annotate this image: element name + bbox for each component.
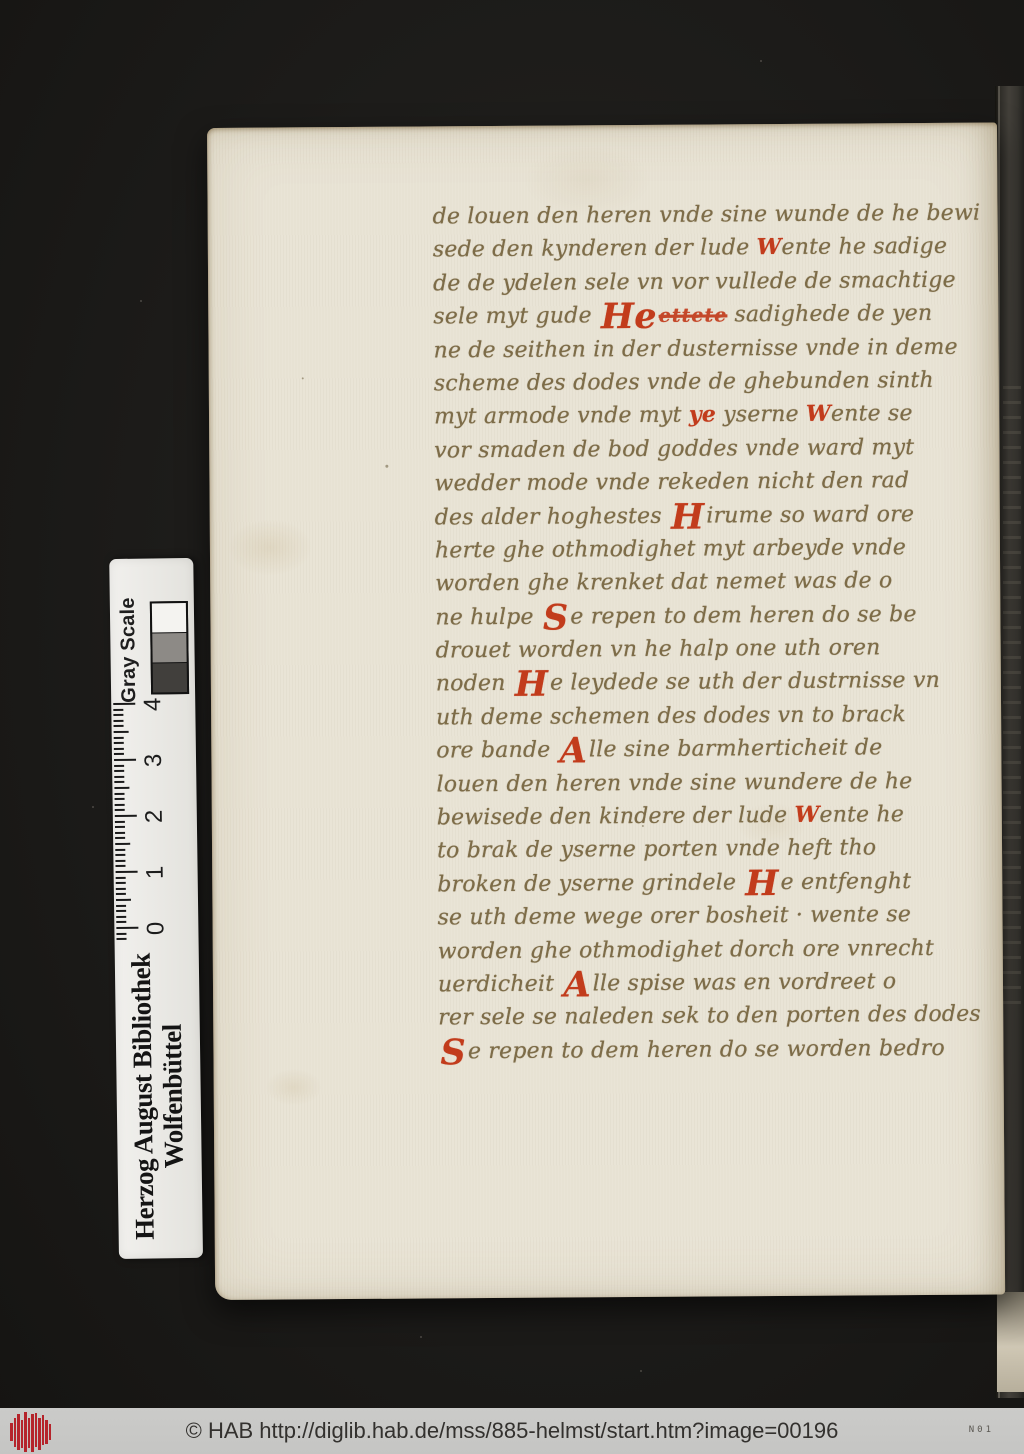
ruler-tick [115,826,125,828]
gray-scale-patch [152,603,186,632]
ruler-tick [114,753,124,755]
manuscript-text-line: drouet worden vn he halp one uth oren [436,631,981,668]
ruler-tick [116,904,126,906]
ink-text: de de ydelen sele vn vor vullede de smac… [433,268,956,297]
manuscript-text-line: bewisede den kindere der lude Wente he [437,798,982,835]
ink-text: ente he [819,802,904,828]
manuscript-text-line: myt armode vnde myt ye yserne Wente se [434,397,979,434]
ink-text: uth deme schemen des dodes vn to brack [436,702,906,730]
manuscript-text-line: to brak de yserne porten vnde heft tho [437,831,982,868]
rubric-initial: A [559,731,587,772]
ruler-tick [115,832,125,834]
ruler-tick [113,708,123,710]
ruler-tick [115,837,125,839]
ink-text: ente he sadige [781,234,947,260]
rubric-text: W [794,802,819,828]
ruler-tick [114,764,124,766]
ruler-tick [116,871,138,873]
manuscript-text-line: vor smaden de bod goddes vnde ward myt [434,430,979,467]
ink-text: sadighede de yen [727,301,932,327]
ruler-tick [113,720,123,722]
ink-text: herte ghe othmodighet myt arbeyde vnde [435,535,906,563]
manuscript-text-line: uth deme schemen des dodes vn to brack [436,697,981,734]
ruler-tick [114,748,124,750]
rubric-text: W [806,401,831,427]
gray-scale-patch [152,633,186,662]
ink-text: ne de seithen in der dusternisse vnde in… [433,334,957,363]
ink-text: ore bande [436,738,557,764]
manuscript-text-line: uerdicheit Alle spise was en vordreet o [438,965,983,1002]
ruler-tick [115,820,125,822]
ruler-tick [116,916,126,918]
rubric-initial: H [515,664,549,705]
manuscript-text-line: de de ydelen sele vn vor vullede de smac… [433,263,978,300]
manuscript-text-line: Se repen to dem heren do se worden bedro [438,1031,983,1068]
gray-scale-label: Gray Scale [116,563,141,703]
manuscript-text-line: sele myt gude Heettete sadighede de yen [433,297,978,334]
ink-text: worden ghe othmodighet dorch ore vnrecht [438,936,934,964]
ink-text: yserne [716,402,806,428]
ruler-tick [114,776,124,778]
ruler-tick [116,899,131,901]
rubric-initial: H [745,863,779,904]
manuscript-text-line: se uth deme wege orer bosheit · wente se [437,898,982,935]
ruler-tick [113,714,123,716]
manuscript-text-block: de louen den heren vnde sine wunde de he… [433,197,984,1069]
ruler-tick [114,770,124,772]
ink-text: ente se [831,401,913,427]
manuscript-text-line: louen den heren vnde sine wundere de he [436,764,981,801]
dust-speck [640,1370,642,1372]
ink-text: drouet worden vn he halp one uth oren [436,635,881,663]
manuscript-text-line: worden ghe othmodighet dorch ore vnrecht [438,931,983,968]
dust-speck [92,806,94,808]
ink-text: e leydede se uth der dustrnisse vn [550,668,940,696]
ink-text: myt armode vnde myt [434,403,689,430]
rubric-text: ye [689,402,716,428]
manuscript-text-line: herte ghe othmodighet myt arbeyde vnde [435,531,980,568]
ruler-tick [115,815,137,817]
ruler-tick [114,731,129,733]
ink-text: sele myt gude [433,303,599,329]
ink-text: e entfenght [781,869,912,895]
gray-scale-ruler: Herzog August Bibliothek Wolfenbüttel 01… [109,558,203,1259]
manuscript-text-line: ore bande Alle sine barmherticheit de [436,731,981,768]
ink-text: wedder mode vnde rekeden nicht den rad [434,468,909,496]
photo-background: de louen den heren vnde sine wunde de he… [0,0,1024,1454]
ruler-tick [116,882,126,884]
ruler-tick [115,804,125,806]
dust-speck [420,1336,422,1338]
ink-text: uerdicheit [438,972,562,998]
ruler-tick [116,932,126,934]
gray-scale-patches [150,601,189,695]
ruler-number: 3 [140,745,168,775]
manuscript-text-line: worden ghe krenket dat nemet was de o [435,564,980,601]
rubric-text: ettete [659,305,728,327]
ink-text: se uth deme wege orer bosheit · wente se [437,902,911,930]
ruler-tick [114,781,124,783]
book-edge-bottom-wedge [997,1292,1024,1392]
ruler-tick [115,848,125,850]
ruler-tick [114,725,124,727]
manuscript-text-line: rer sele se naleden sek to den porten de… [438,998,983,1035]
ruler-tick [114,736,124,738]
ink-text: lle sine barmherticheit de [589,736,883,763]
manuscript-text-line: ne de seithen in der dusternisse vnde in… [433,330,978,367]
ruler-tick [116,927,138,929]
manuscript-text-line: ne hulpe Se repen to dem heren do se be [435,597,980,634]
manuscript-text-line: wedder mode vnde rekeden nicht den rad [434,464,979,501]
ink-text: bewisede den kindere der lude [437,803,795,830]
ink-text: e repen to dem heren do se be [570,602,916,629]
ruler-tick [115,809,125,811]
rubric-initial: S [543,597,569,638]
ruler-tick [116,888,126,890]
dust-speck [760,60,762,62]
gray-scale-patch [153,663,187,692]
ink-text: vor smaden de bod goddes vnde ward myt [434,435,914,463]
ink-text: broken de yserne grindele [437,870,743,897]
manuscript-text-line: noden He leydede se uth der dustrnisse v… [436,664,981,701]
manuscript-text-line: sede den kynderen der lude Wente he sadi… [433,230,978,267]
ruler-tick [114,787,129,789]
ink-text: scheme des dodes vnde de ghebunden sinth [434,368,934,396]
ruler-tick [116,876,126,878]
dust-speck [140,300,142,302]
ink-text: noden [436,671,513,697]
ruler-number: 0 [142,913,170,943]
ruler-tick [113,703,135,705]
manuscript-text-line: des alder hoghestes Hirume so ward ore [435,497,980,534]
footer-bar: © HAB http://diglib.hab.de/mss/885-helms… [0,1408,1024,1454]
ruler-number: 1 [141,857,169,887]
rubric-initial: He [601,296,657,337]
ruler-tick [116,910,126,912]
ruler-tick [114,759,136,761]
ruler-tick [117,938,127,940]
ink-text: de louen den heren vnde sine wunde de he… [433,201,981,230]
ruler-tick [116,893,126,895]
rubric-initial: H [671,496,705,537]
ruler-tick [116,865,126,867]
manuscript-text-line: scheme des dodes vnde de ghebunden sinth [434,364,979,401]
manuscript-page: de louen den heren vnde sine wunde de he… [207,122,1005,1299]
ink-text: irume so ward ore [706,502,914,528]
ruler-tick [115,854,125,856]
rubric-initial: S [440,1032,466,1073]
ink-text: e repen to dem heren do se worden bedro [468,1036,945,1064]
ink-text: to brak de yserne porten vnde heft tho [437,836,876,864]
ruler-tick [114,792,124,794]
ink-text: ne hulpe [435,604,541,630]
ruler-tick [114,742,124,744]
ruler-tick [116,921,126,923]
rubric-text: W [756,234,781,260]
ruler-tick [115,798,125,800]
ruler-number: 2 [141,801,169,831]
copyright-url-text: © HAB http://diglib.hab.de/mss/885-helms… [0,1408,1024,1454]
parchment-speck [302,377,304,379]
ink-text: sede den kynderen der lude [433,236,757,263]
ink-text: des alder hoghestes [435,503,669,530]
ruler-tick [115,860,125,862]
frame-code-label: N01 [969,1425,994,1435]
manuscript-text-line: broken de yserne grindele He entfenght [437,864,982,901]
ink-text: louen den heren vnde sine wundere de he [437,769,913,797]
parchment-speck [385,465,388,468]
manuscript-text-line: de louen den heren vnde sine wunde de he… [433,197,978,234]
ink-text: rer sele se naleden sek to den porten de… [438,1002,981,1031]
ruler-tick [115,843,130,845]
rubric-initial: A [563,964,591,1005]
ink-text: lle spise was en vordreet o [593,969,897,996]
ink-text: worden ghe krenket dat nemet was de o [435,569,892,597]
